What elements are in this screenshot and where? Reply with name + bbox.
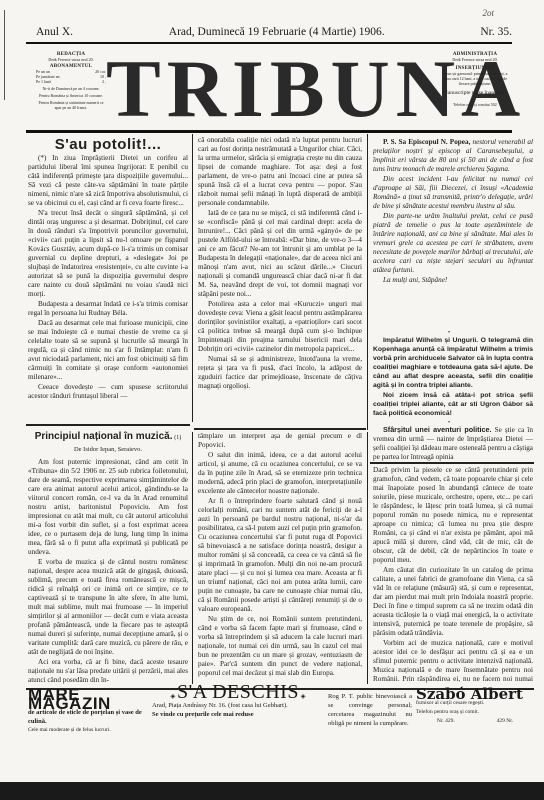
year-label: Anul X. (36, 26, 73, 38)
feuilleton-paragraph: O salut din inimă, ideea, ce a dat autor… (198, 451, 362, 496)
sunday-note: Nr-ii de Duminecă pe an 4 coroane. (36, 86, 106, 91)
feuilleton-byline: De Isidor Iepan, Seraievo. (28, 445, 188, 454)
column-divider (367, 432, 368, 684)
article-paragraph: că onorabila coaliție nici odată n'a lup… (198, 136, 362, 208)
date-label: Arad, Duminecă 19 Februarie (4 Martie) 1… (169, 26, 385, 38)
phone-note: Telefon oraș și comitat 502 (440, 102, 510, 107)
abroad-note: Pentru România și străinătate numerii ce… (36, 100, 106, 110)
ad-text: Cele mai moderate și de felus lucruri. (28, 726, 148, 735)
inserts-text: de un șir garmond: prima dată 14 bani, a… (440, 71, 510, 86)
feuilleton-headline: Principiul național în muzică. (35, 431, 173, 442)
feuilleton-paragraph: Nu știm de ce, noi Românii suntem pretut… (198, 615, 362, 678)
feuilleton-paragraph: Vorbim aci de muzica națională, care e m… (373, 639, 533, 684)
masthead-right-box: ADMINISTRAȚIA Deák Ferencz-utcza nrul 20… (440, 50, 510, 107)
column-divider (192, 134, 193, 422)
dateline: Anul X. Arad, Duminecă 19 Februarie (4 M… (36, 26, 512, 38)
ad-sa-deschis: ◈ S'A DESCHIS ◈ Arad, Piața Andrássy Nr.… (152, 688, 324, 719)
romania-note: Pentru România și America 10 coroane. (36, 93, 106, 98)
news-paragraph: Din acest incident l-au felicitat nu num… (373, 175, 533, 211)
ad-title: S'A DESCHIS (177, 681, 299, 703)
news-paragraph: La mulți ani, Stăpâne! (373, 276, 533, 285)
ornament-icon: ◈ (170, 693, 175, 700)
article-paragraph: Iată de ce țara nu se mișcă, ci stă indi… (198, 209, 362, 299)
page-bottom-edge (0, 782, 544, 800)
feuilleton-rule (370, 462, 534, 464)
feuilleton-rule (26, 424, 190, 426)
masthead-rule (26, 130, 512, 133)
binding-edge (4, 10, 5, 100)
feuilleton-part: (1) (174, 435, 181, 441)
news-item-episcop: P. S. Sa Episcopul N. Popea, nestorul ve… (373, 138, 533, 328)
feuilleton-paragraph: Dacă privim la piesele ce se cântă pretu… (373, 466, 533, 565)
ad-text: Telefon pentru oraș și comit. (416, 708, 534, 717)
manuscripts-note: Manuscripte nu se înapoiază. (440, 90, 510, 96)
feuilleton-paragraph: E vorba de muzica și de cântul nostru ro… (28, 558, 188, 657)
feuilleton-paragraph: Am fost puternic impresionat, când am ce… (28, 458, 188, 557)
article-paragraph: Numai să se și administreze, întotd'auna… (198, 355, 362, 391)
news-paragraph: Din parte-ne urăm înaltului prelat, celu… (373, 212, 533, 275)
feuilleton-paragraph: tâmplare un interpret așa de genial prec… (198, 432, 362, 450)
article-paragraph: Ceeace dovedește — cum spusese scriitoru… (28, 383, 188, 401)
article-paragraph: (*) In ziua împrăștierii Dietei un corif… (28, 154, 188, 208)
feuilleton-paragraph: Ar fi o întreprindere foarte salutară câ… (198, 497, 362, 614)
news-headline: Sfârșitul unei aventuri politice. (383, 425, 492, 434)
feuilleton-paragraph: Am căutat din curiozitate în un catalog … (373, 566, 533, 638)
news-headline: P. S. Sa Episcopul N. Popea, (383, 138, 470, 146)
masthead-left-box: REDACȚIA Deák Ferencz-utcza nrul 20. ABO… (36, 50, 106, 110)
article-paragraph: N'a trecut însă decât o singură săptămân… (28, 209, 188, 299)
issue-number: Nr. 35. (480, 26, 512, 38)
feuilleton-col1: Principiul național în muzică. (1) De Is… (28, 430, 188, 684)
ad-text: de articole de sticle de porțelan și vas… (28, 708, 148, 726)
article-headline: S'au potolit!... (28, 140, 188, 149)
article-paragraph: Budapesta a desarmat îndată ce i-s'a tri… (28, 300, 188, 318)
feuilleton-rule (194, 428, 366, 430)
administratia-address: Deák Ferencz-utcza nrul 20. (440, 57, 510, 62)
masthead: REDACȚIA Deák Ferencz-utcza nrul 20. ABO… (26, 46, 512, 130)
rate-label: Pe 1 lună (36, 79, 51, 84)
redactia-address: Deák Ferencz-utcza nrul 20. (36, 57, 106, 62)
article-main-col1: S'au potolit!... (*) In ziua împrăștieri… (28, 136, 188, 418)
ad-text: Se vinde cu prețurile cele mai reduse (152, 710, 324, 719)
newspaper-page: 2ot Anul X. Arad, Duminecă 19 Februarie … (12, 0, 522, 800)
article-paragraph: Dacă au desarmat cele mai furioase munic… (28, 319, 188, 382)
article-paragraph: Potolirea asta a celor mai «Kuruczi» ung… (198, 300, 362, 354)
ad-szabo-albert: Szabó Albert furnisor al curții cesare r… (416, 690, 534, 726)
news-item-aventuri: Sfârșitul unei aventuri politice. Se ști… (373, 425, 533, 461)
phone-number: 429 Nr. (497, 717, 514, 726)
news-item-wilhelm: Impăratul Wilhelm și Ungurii. O telegram… (373, 336, 533, 418)
news-paragraph: Noi zicem însă că atâta-i pot strica șef… (373, 391, 533, 418)
ornament-icon: ◈ (301, 693, 306, 700)
ad-title: MARE MAGAZIN (28, 690, 148, 708)
newspaper-title: TRIBUNA (106, 48, 428, 130)
feuilleton-col2: tâmplare un interpret așa de genial prec… (198, 432, 362, 684)
ad-title: Szabó Albert (416, 690, 534, 699)
news-text: O telegramă din Kopenhaga anunță că împă… (373, 337, 533, 389)
ad-rog-public: Rog P. T. public binevoiască a se convin… (328, 692, 412, 728)
news-headline: Impăratul Wilhelm și Ungurii. (383, 337, 478, 344)
handwritten-note: 2ot (482, 8, 494, 18)
column-divider (367, 134, 368, 430)
ad-mare-magazin: MARE MAGAZIN de articole de sticle de po… (28, 690, 148, 735)
feuilleton-paragraph: Aci era vorba, că ar fi bine, dacă acest… (28, 658, 188, 684)
phone-number: Nr. 429. (437, 717, 455, 726)
rate-row: Pe 1 lună2 , (36, 79, 106, 84)
feuilleton-col3: Dacă privim la piesele ce se cântă pretu… (373, 466, 533, 684)
article-main-col2: că onorabila coaliție nici odată n'a lup… (198, 136, 362, 422)
column-divider (192, 432, 193, 684)
